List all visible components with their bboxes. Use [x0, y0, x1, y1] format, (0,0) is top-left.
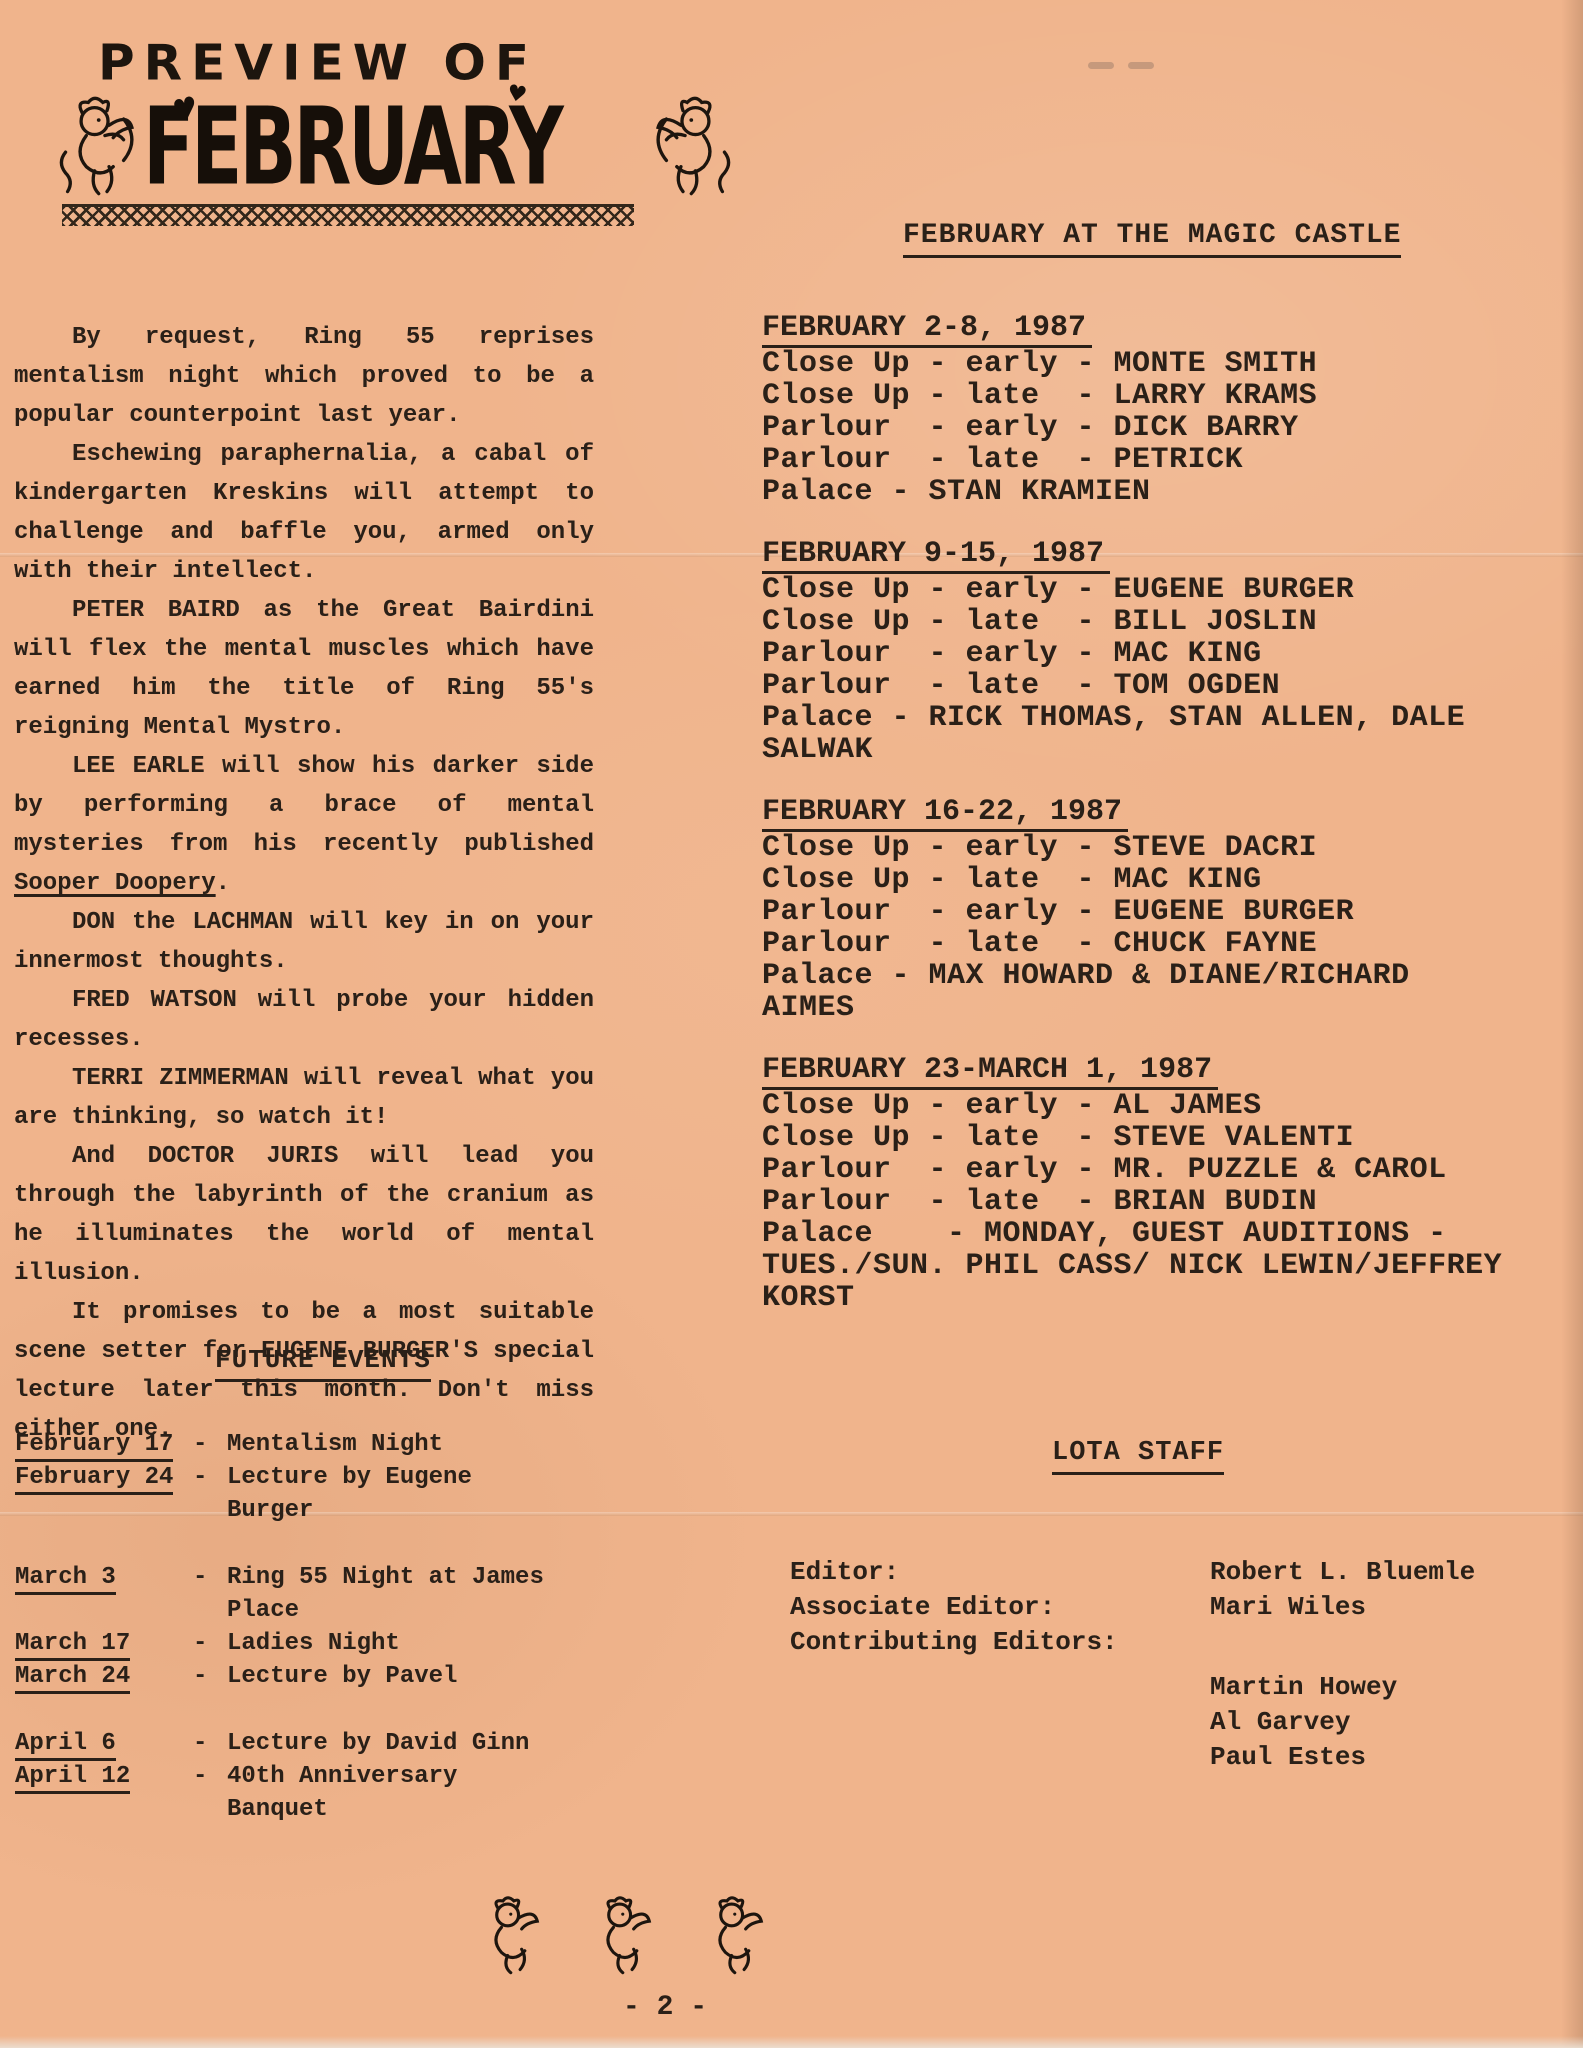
schedule-line: AIMES: [762, 992, 1577, 1024]
lace-border: [62, 204, 634, 226]
schedule-line: Palace - MONDAY, GUEST AUDITIONS -: [762, 1218, 1577, 1250]
staff-row: Editor: Robert L. Bluemle: [790, 1555, 1580, 1590]
lota-staff-heading: LOTA STAFF: [1052, 1438, 1224, 1475]
article-paragraph: And DOCTOR JURIS will lead you through t…: [14, 1137, 594, 1293]
article-paragraph: FRED WATSON will probe your hidden reces…: [14, 981, 594, 1059]
article-paragraph: TERRI ZIMMERMAN will reveal what you are…: [14, 1059, 594, 1137]
staff-role-label: Editor:: [790, 1555, 1210, 1590]
article-column: By request, Ring 55 reprises mentalism n…: [14, 318, 594, 1449]
event-dash: -: [193, 1561, 227, 1594]
staff-row: Contributing Editors:: [790, 1625, 1580, 1660]
article-paragraph: Eschewing paraphernalia, a cabal of kind…: [14, 435, 594, 591]
event-dash: -: [193, 1660, 227, 1693]
staff-row: Associate Editor: Mari Wiles: [790, 1590, 1580, 1625]
schedule-line: Close Up - late - STEVE VALENTI: [762, 1122, 1577, 1154]
page-number: - 2 -: [575, 1992, 755, 2023]
book-title-underlined: Sooper Doopery: [14, 870, 216, 897]
schedule-line: Parlour - early - EUGENE BURGER: [762, 896, 1577, 928]
staff-spacer: [790, 1660, 1580, 1670]
event-desc: 40th Anniversary Banquet: [227, 1760, 563, 1826]
staff-role-label: [790, 1705, 1210, 1740]
event-date: February 24: [15, 1461, 193, 1494]
schedule-block-title: FEBRUARY 9-15, 1987: [762, 538, 1577, 574]
schedule-block-week3: FEBRUARY 16-22, 1987 Close Up - early - …: [762, 796, 1577, 1024]
staff-name: Paul Estes: [1210, 1740, 1580, 1775]
staff-name: [1210, 1625, 1580, 1660]
cherub-icon: [590, 1893, 668, 1979]
schedule-line: TUES./SUN. PHIL CASS/ NICK LEWIN/JEFFREY: [762, 1250, 1577, 1282]
future-event-row: April 6 - Lecture by David Ginn: [15, 1727, 755, 1760]
schedule-block-week4: FEBRUARY 23-MARCH 1, 1987 Close Up - ear…: [762, 1054, 1577, 1314]
schedule-line: Parlour - late - BRIAN BUDIN: [762, 1186, 1577, 1218]
article-paragraph: By request, Ring 55 reprises mentalism n…: [14, 318, 594, 435]
event-date: March 3: [15, 1561, 193, 1594]
magic-castle-heading: FEBRUARY AT THE MAGIC CASTLE: [903, 220, 1401, 258]
staff-name: Martin Howey: [1210, 1670, 1580, 1705]
lota-staff-list: Editor: Robert L. Bluemle Associate Edit…: [790, 1555, 1580, 1775]
future-events-heading: FUTURE EVENTS: [215, 1345, 431, 1382]
banner-month-title: FEBRUARY: [143, 85, 561, 209]
schedule-line: Palace - RICK THOMAS, STAN ALLEN, DALE: [762, 702, 1577, 734]
schedule-line: Close Up - early - AL JAMES: [762, 1090, 1577, 1122]
event-dash: -: [193, 1627, 227, 1660]
future-event-row: March 24 - Lecture by Pavel: [15, 1660, 755, 1693]
schedule-block-title: FEBRUARY 23-MARCH 1, 1987: [762, 1054, 1577, 1090]
schedule-line: Palace - MAX HOWARD & DIANE/RICHARD: [762, 960, 1577, 992]
future-event-row: March 3 - Ring 55 Night at James Place: [15, 1561, 755, 1627]
schedule-line: Close Up - early - EUGENE BURGER: [762, 574, 1577, 606]
schedule-line: SALWAK: [762, 734, 1577, 766]
paper-edge-shadow: [0, 2036, 1583, 2048]
event-date: February 17: [15, 1428, 193, 1461]
article-paragraph: PETER BAIRD as the Great Bairdini will f…: [14, 591, 594, 747]
staff-name: Robert L. Bluemle: [1210, 1555, 1580, 1590]
cherub-icon: [478, 1893, 556, 1979]
future-event-row: February 24 - Lecture by Eugene Burger: [15, 1461, 755, 1527]
event-date: March 17: [15, 1627, 193, 1660]
schedule-line: Parlour - early - DICK BARRY: [762, 412, 1577, 444]
event-desc: Lecture by Pavel: [227, 1660, 563, 1693]
schedule-line: Parlour - early - MAC KING: [762, 638, 1577, 670]
event-date: March 24: [15, 1660, 193, 1693]
schedule-line: Parlour - late - CHUCK FAYNE: [762, 928, 1577, 960]
event-dash: -: [193, 1760, 227, 1793]
schedule-line: Close Up - late - MAC KING: [762, 864, 1577, 896]
newsletter-page: PREVIEW OF ♥ ♥ FEBRUARY: [0, 0, 1583, 2048]
future-events-list: February 17 - Mentalism Night February 2…: [15, 1428, 755, 1826]
future-event-row: March 17 - Ladies Night: [15, 1627, 755, 1660]
schedule-line: KORST: [762, 1282, 1577, 1314]
schedule-line: Close Up - early - MONTE SMITH: [762, 348, 1577, 380]
event-desc: Mentalism Night: [227, 1428, 563, 1461]
event-dash: -: [193, 1461, 227, 1494]
schedule-block-week1: FEBRUARY 2-8, 1987 Close Up - early - MO…: [762, 312, 1577, 508]
article-paragraph: DON the LACHMAN will key in on your inne…: [14, 903, 594, 981]
event-desc: Lecture by David Ginn: [227, 1727, 563, 1760]
event-desc: Lecture by Eugene Burger: [227, 1461, 563, 1527]
staff-role-label: Associate Editor:: [790, 1590, 1210, 1625]
schedule-line: Close Up - late - BILL JOSLIN: [762, 606, 1577, 638]
event-date: April 12: [15, 1760, 193, 1793]
schedule-block-week2: FEBRUARY 9-15, 1987 Close Up - early - E…: [762, 538, 1577, 766]
cherub-icon: [702, 1893, 780, 1979]
paragraph-text: LEE EARLE will show his darker side by p…: [14, 753, 594, 858]
article-paragraph: LEE EARLE will show his darker side by p…: [14, 747, 594, 903]
schedule-line: Parlour - late - PETRICK: [762, 444, 1577, 476]
schedule-block-title: FEBRUARY 2-8, 1987: [762, 312, 1577, 348]
magic-castle-schedule: FEBRUARY 2-8, 1987 Close Up - early - MO…: [762, 312, 1577, 1314]
ink-smudge: [1088, 62, 1154, 69]
staff-row: Al Garvey: [790, 1705, 1580, 1740]
cherub-decoration-row: [478, 1893, 780, 1979]
paragraph-text: .: [216, 870, 230, 897]
february-banner: ♥ ♥ FEBRUARY: [55, 86, 630, 208]
event-dash: -: [193, 1727, 227, 1760]
event-desc: Ladies Night: [227, 1627, 563, 1660]
staff-name: Mari Wiles: [1210, 1590, 1580, 1625]
event-date: April 6: [15, 1727, 193, 1760]
schedule-block-title: FEBRUARY 16-22, 1987: [762, 796, 1577, 832]
schedule-line: Parlour - late - TOM OGDEN: [762, 670, 1577, 702]
staff-role-label: Contributing Editors:: [790, 1625, 1210, 1660]
staff-name: Al Garvey: [1210, 1705, 1580, 1740]
staff-role-label: [790, 1670, 1210, 1705]
page-kicker: PREVIEW OF: [98, 35, 538, 92]
future-event-row: April 12 - 40th Anniversary Banquet: [15, 1760, 755, 1826]
schedule-line: Close Up - late - LARRY KRAMS: [762, 380, 1577, 412]
cupid-right-icon: [631, 90, 735, 204]
future-event-row: February 17 - Mentalism Night: [15, 1428, 755, 1461]
schedule-line: Palace - STAN KRAMIEN: [762, 476, 1577, 508]
staff-row: Paul Estes: [790, 1740, 1580, 1775]
schedule-line: Close Up - early - STEVE DACRI: [762, 832, 1577, 864]
staff-row: Martin Howey: [790, 1670, 1580, 1705]
schedule-line: Parlour - early - MR. PUZZLE & CAROL: [762, 1154, 1577, 1186]
event-desc: Ring 55 Night at James Place: [227, 1561, 563, 1627]
staff-role-label: [790, 1740, 1210, 1775]
event-dash: -: [193, 1428, 227, 1461]
